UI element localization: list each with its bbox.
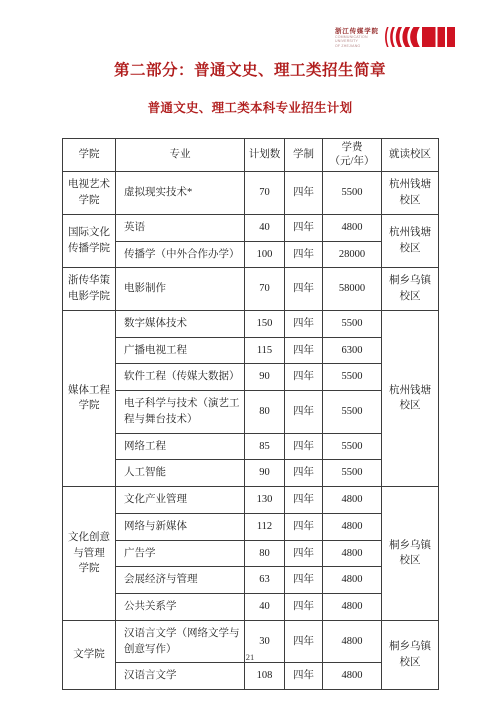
- college-cell: 电视艺术 学院: [63, 172, 116, 215]
- duration-cell: 四年: [285, 337, 323, 364]
- duration-cell: 四年: [285, 268, 323, 311]
- plan-count-cell: 40: [245, 594, 285, 621]
- tuition-cell: 5500: [323, 391, 382, 434]
- header-duration: 学制: [285, 139, 323, 172]
- duration-cell: 四年: [285, 460, 323, 487]
- logo-text-block: 浙江传媒学院 COMMUNICATION UNIVERSITY OF ZHEJI…: [335, 26, 379, 48]
- university-logo: 浙江传媒学院 COMMUNICATION UNIVERSITY OF ZHEJI…: [335, 26, 455, 48]
- tuition-cell: 4800: [323, 513, 382, 540]
- document-page: 浙江传媒学院 COMMUNICATION UNIVERSITY OF ZHEJI…: [0, 0, 500, 707]
- logo-mark-icon: [383, 27, 455, 47]
- duration-cell: 四年: [285, 487, 323, 514]
- duration-cell: 四年: [285, 433, 323, 460]
- header-major: 专业: [116, 139, 245, 172]
- tuition-cell: 5500: [323, 460, 382, 487]
- major-cell: 电子科学与技术（演艺工程与舞台技术）: [116, 391, 245, 434]
- campus-cell: 杭州钱塘 校区: [382, 172, 439, 215]
- major-cell: 虚拟现实技术*: [116, 172, 245, 215]
- college-cell: 国际文化 传播学院: [63, 214, 116, 268]
- plan-count-cell: 70: [245, 268, 285, 311]
- college-cell: 媒体工程 学院: [63, 310, 116, 486]
- major-cell: 传播学（中外合作办学）: [116, 241, 245, 268]
- major-cell: 公共关系学: [116, 594, 245, 621]
- tuition-cell: 5500: [323, 433, 382, 460]
- duration-cell: 四年: [285, 663, 323, 690]
- header-tuition: 学费 （元/年）: [323, 139, 382, 172]
- campus-cell: 杭州钱塘 校区: [382, 214, 439, 268]
- duration-cell: 四年: [285, 172, 323, 215]
- plan-count-cell: 150: [245, 310, 285, 337]
- tuition-cell: 4800: [323, 567, 382, 594]
- plan-count-cell: 90: [245, 460, 285, 487]
- table-row: 浙传华策 电影学院电影制作70四年58000桐乡乌镇 校区: [63, 268, 439, 311]
- header-college: 学院: [63, 139, 116, 172]
- plan-count-cell: 108: [245, 663, 285, 690]
- plan-count-cell: 80: [245, 391, 285, 434]
- major-cell: 网络与新媒体: [116, 513, 245, 540]
- table-row: 国际文化 传播学院英语40四年4800杭州钱塘 校区: [63, 214, 439, 241]
- tuition-cell: 58000: [323, 268, 382, 311]
- table-header-row: 学院 专业 计划数 学制 学费 （元/年） 就读校区: [63, 139, 439, 172]
- plan-count-cell: 40: [245, 214, 285, 241]
- page-number: 21: [0, 652, 500, 662]
- plan-count-cell: 130: [245, 487, 285, 514]
- major-cell: 会展经济与管理: [116, 567, 245, 594]
- college-cell: 文化创意 与管理 学院: [63, 487, 116, 621]
- plan-count-cell: 80: [245, 540, 285, 567]
- campus-cell: 桐乡乌镇 校区: [382, 268, 439, 311]
- major-cell: 网络工程: [116, 433, 245, 460]
- header-plan-count: 计划数: [245, 139, 285, 172]
- major-cell: 软件工程（传媒大数据）: [116, 364, 245, 391]
- table-row: 电视艺术 学院虚拟现实技术*70四年5500杭州钱塘 校区: [63, 172, 439, 215]
- tuition-cell: 4800: [323, 487, 382, 514]
- duration-cell: 四年: [285, 241, 323, 268]
- tuition-cell: 4800: [323, 663, 382, 690]
- duration-cell: 四年: [285, 567, 323, 594]
- duration-cell: 四年: [285, 513, 323, 540]
- plan-count-cell: 100: [245, 241, 285, 268]
- campus-cell: 杭州钱塘 校区: [382, 310, 439, 486]
- duration-cell: 四年: [285, 214, 323, 241]
- header-campus: 就读校区: [382, 139, 439, 172]
- major-cell: 汉语言文学: [116, 663, 245, 690]
- college-cell: 浙传华策 电影学院: [63, 268, 116, 311]
- tuition-cell: 28000: [323, 241, 382, 268]
- section-title: 第二部分：普通文史、理工类招生简章: [0, 58, 500, 80]
- tuition-cell: 6300: [323, 337, 382, 364]
- major-cell: 英语: [116, 214, 245, 241]
- plan-count-cell: 90: [245, 364, 285, 391]
- plan-count-cell: 85: [245, 433, 285, 460]
- table-title: 普通文史、理工类本科专业招生计划: [0, 98, 500, 116]
- campus-cell: 桐乡乌镇 校区: [382, 487, 439, 621]
- admission-table-body: 电视艺术 学院虚拟现实技术*70四年5500杭州钱塘 校区国际文化 传播学院英语…: [63, 172, 439, 690]
- tuition-cell: 4800: [323, 594, 382, 621]
- admission-plan-table: 学院 专业 计划数 学制 学费 （元/年） 就读校区 电视艺术 学院虚拟现实技术…: [62, 138, 439, 690]
- major-cell: 电影制作: [116, 268, 245, 311]
- duration-cell: 四年: [285, 391, 323, 434]
- tuition-cell: 5500: [323, 172, 382, 215]
- tuition-cell: 4800: [323, 540, 382, 567]
- tuition-cell: 5500: [323, 310, 382, 337]
- major-cell: 广告学: [116, 540, 245, 567]
- table-row: 文化创意 与管理 学院文化产业管理130四年4800桐乡乌镇 校区: [63, 487, 439, 514]
- table-row: 媒体工程 学院数字媒体技术150四年5500杭州钱塘 校区: [63, 310, 439, 337]
- duration-cell: 四年: [285, 310, 323, 337]
- plan-count-cell: 115: [245, 337, 285, 364]
- major-cell: 文化产业管理: [116, 487, 245, 514]
- major-cell: 广播电视工程: [116, 337, 245, 364]
- plan-count-cell: 63: [245, 567, 285, 594]
- major-cell: 人工智能: [116, 460, 245, 487]
- duration-cell: 四年: [285, 364, 323, 391]
- duration-cell: 四年: [285, 540, 323, 567]
- major-cell: 数字媒体技术: [116, 310, 245, 337]
- tuition-cell: 4800: [323, 214, 382, 241]
- logo-en-name: COMMUNICATION UNIVERSITY OF ZHEJIANG: [335, 35, 379, 48]
- plan-count-cell: 70: [245, 172, 285, 215]
- logo-cn-name: 浙江传媒学院: [335, 26, 379, 35]
- duration-cell: 四年: [285, 594, 323, 621]
- tuition-cell: 5500: [323, 364, 382, 391]
- plan-count-cell: 112: [245, 513, 285, 540]
